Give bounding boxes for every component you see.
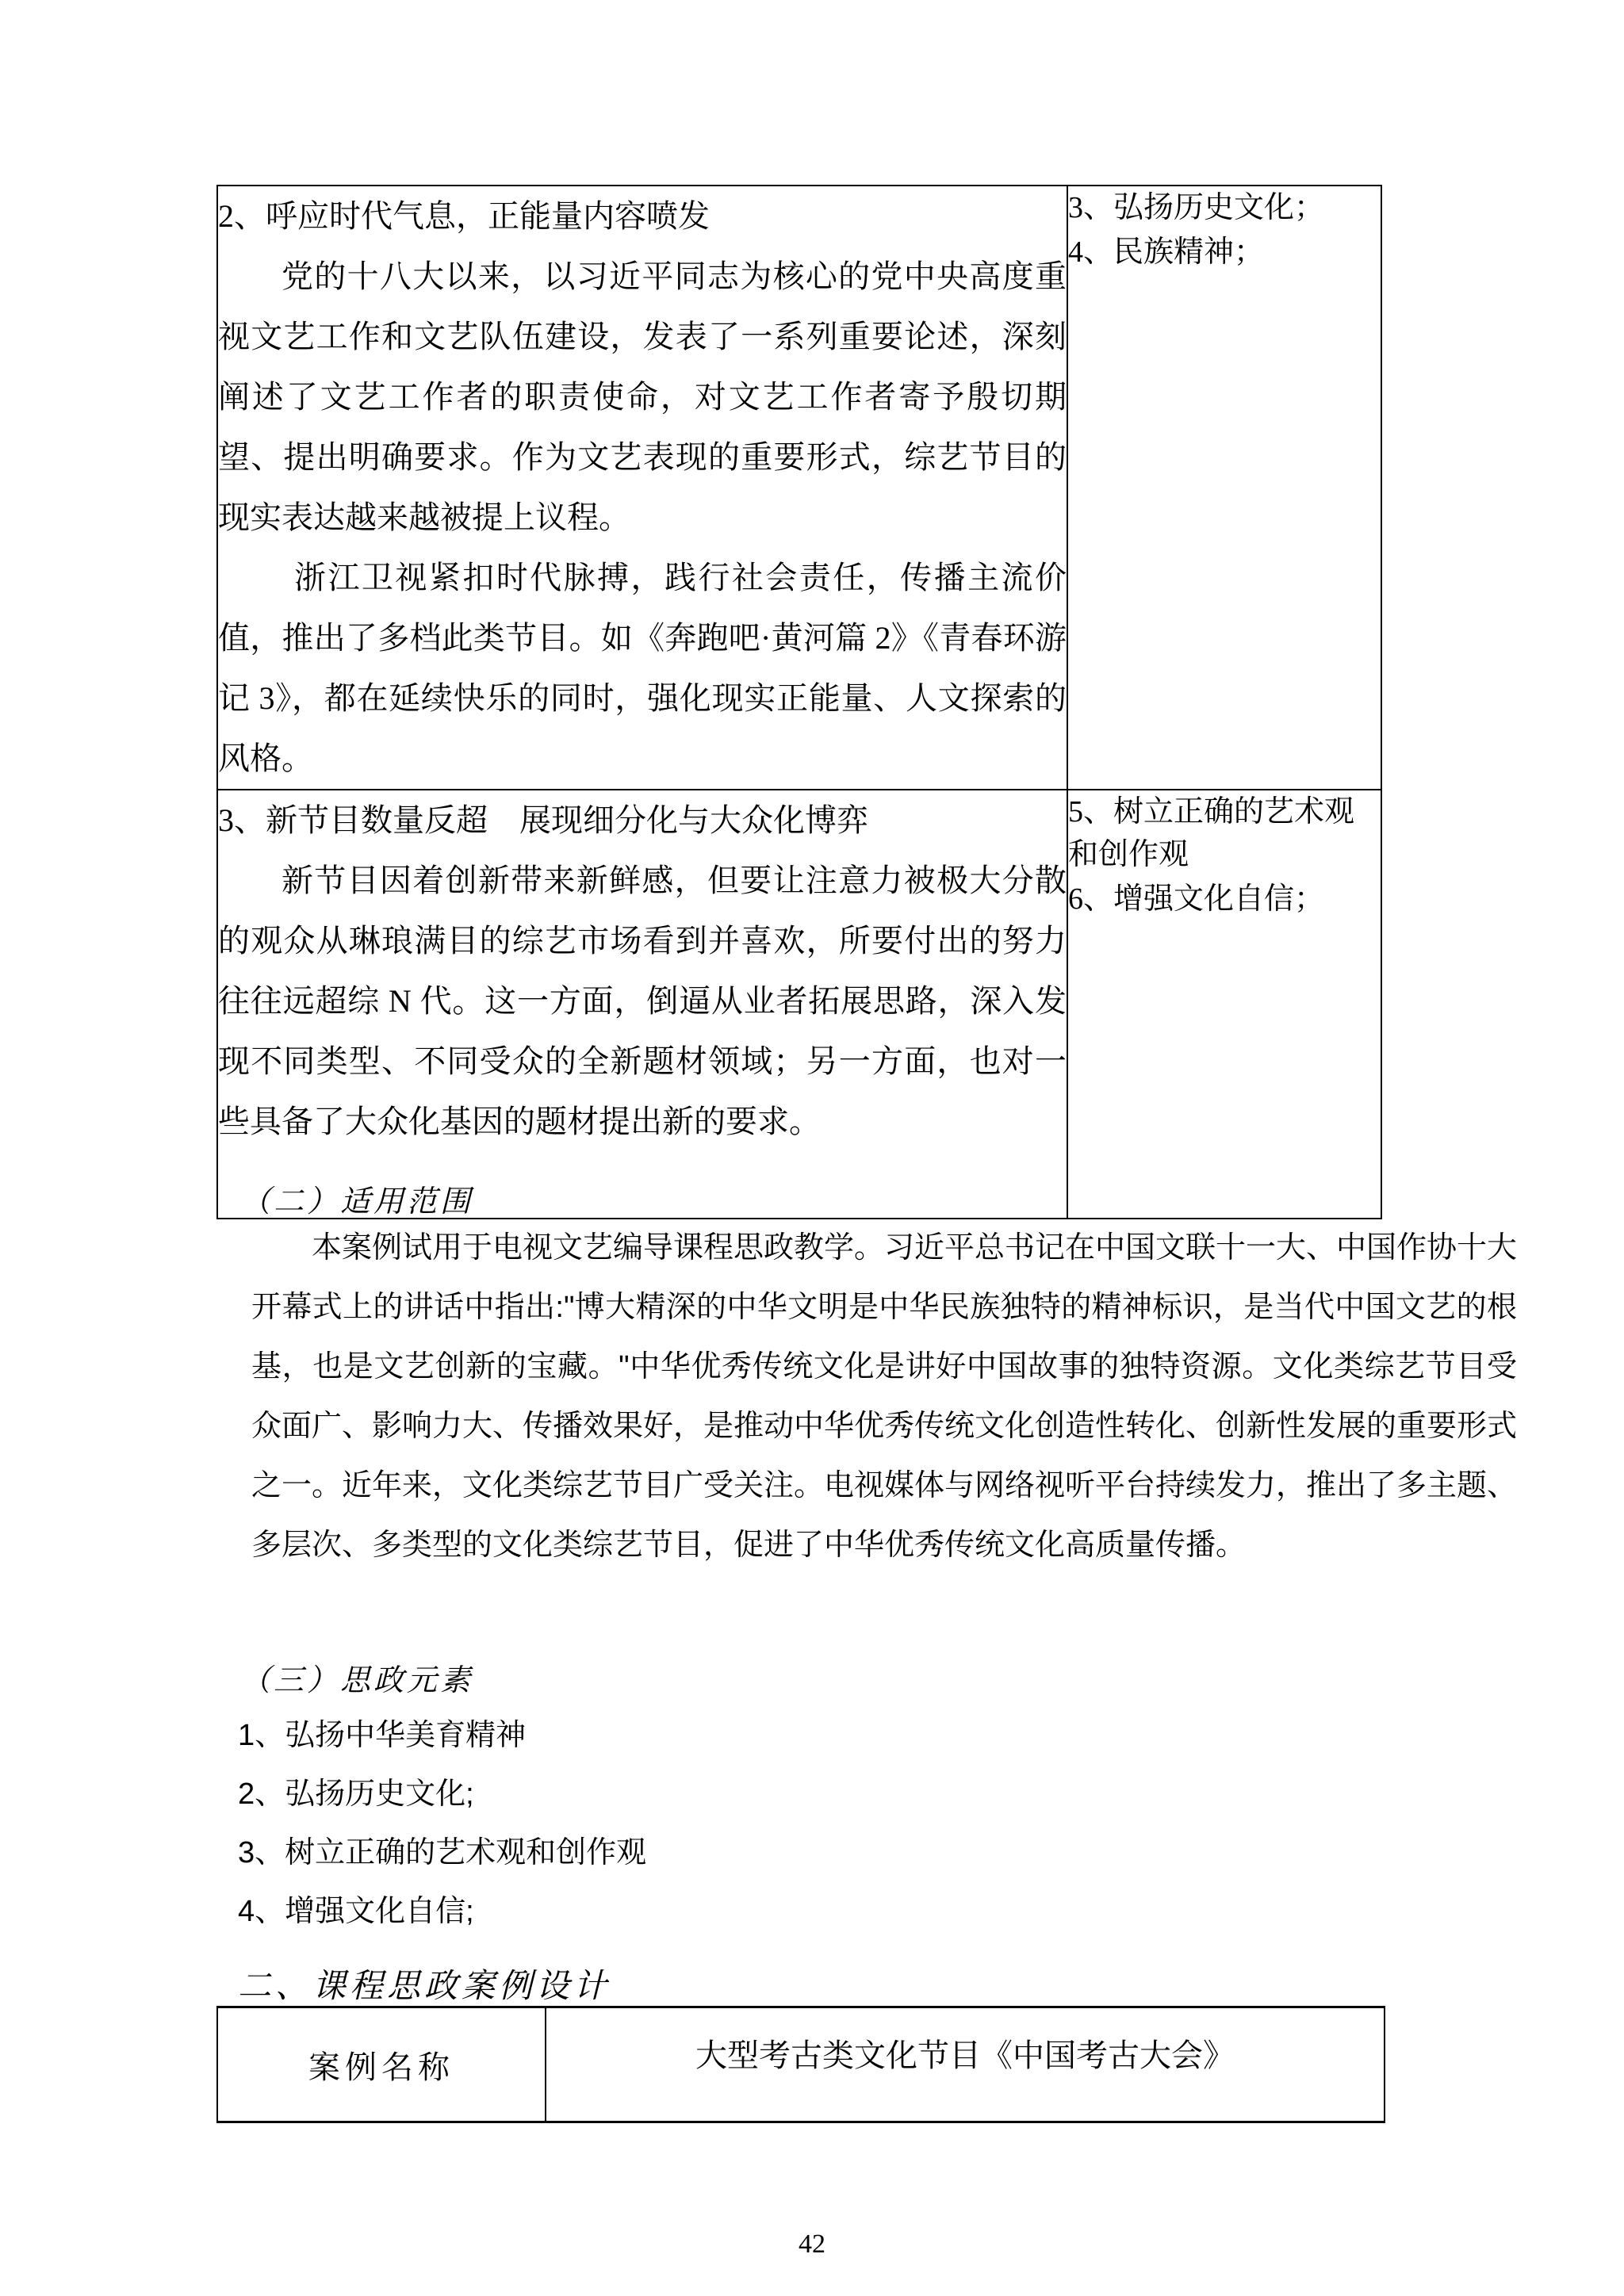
element-item-4: 4、民族精神；	[1068, 231, 1381, 274]
element-item-3: 3、弘扬历史文化；	[1068, 186, 1381, 229]
trend-3-title: 3、新节目数量反超 展现细分化与大众化博弈	[218, 790, 1067, 851]
elements-list: 1、弘扬中华美育精神 2、弘扬历史文化; 3、树立正确的艺术观和创作观 4、增强…	[238, 1706, 1189, 1941]
list-item-3: 3、树立正确的艺术观和创作观	[238, 1823, 1189, 1882]
table-cell-trend-2-elements: 3、弘扬历史文化； 4、民族精神；	[1067, 186, 1381, 790]
table-row-trend-3: 3、新节目数量反超 展现细分化与大众化博弈 新节目因着创新带来新鲜感，但要让注意…	[217, 790, 1381, 1219]
list-item-2: 2、弘扬历史文化;	[238, 1765, 1189, 1823]
trend-2-title: 2、呼应时代气息，正能量内容喷发	[218, 186, 1067, 247]
element-item-6: 6、增强文化自信；	[1068, 878, 1381, 920]
list-item-4: 4、增强文化自信;	[238, 1882, 1189, 1941]
trend-2-paragraph-2: 浙江卫视紧扣时代脉搏，践行社会责任，传播主流价值，推出了多档此类节目。如《奔跑吧…	[218, 548, 1067, 789]
table-cell-trend-3-elements: 5、树立正确的艺术观和创作观 6、增强文化自信；	[1067, 790, 1381, 1219]
document-page: 2、呼应时代气息，正能量内容喷发 党的十八大以来，以习近平同志为核心的党中央高度…	[0, 0, 1624, 2296]
trend-2-paragraph-1: 党的十八大以来，以习近平同志为核心的党中央高度重视文艺工作和文艺队伍建设，发表了…	[218, 247, 1067, 548]
table-cell-trend-3-text: 3、新节目数量反超 展现细分化与大众化博弈 新节目因着创新带来新鲜感，但要让注意…	[217, 790, 1067, 1219]
section-heading-case-design: 二、课程思政案例设计	[238, 1968, 611, 2006]
scope-paragraph: 本案例试用于电视文艺编导课程思政教学。习近平总书记在中国文联十一大、中国作协十大…	[251, 1219, 1517, 1575]
page-number: 42	[0, 2229, 1624, 2260]
section-heading-elements: （三）思政元素	[240, 1662, 473, 1700]
list-item-1: 1、弘扬中华美育精神	[238, 1706, 1189, 1765]
table-row-trend-2: 2、呼应时代气息，正能量内容喷发 党的十八大以来，以习近平同志为核心的党中央高度…	[217, 186, 1381, 790]
section-heading-scope: （二）适用范围	[240, 1183, 473, 1221]
case-name-value: 大型考古类文化节目《中国考古大会》	[546, 2007, 1385, 2122]
case-name-row: 案例名称 大型考古类文化节目《中国考古大会》	[217, 2007, 1385, 2122]
case-name-table: 案例名称 大型考古类文化节目《中国考古大会》	[216, 2006, 1385, 2123]
content-analysis-table: 2、呼应时代气息，正能量内容喷发 党的十八大以来，以习近平同志为核心的党中央高度…	[216, 185, 1382, 1219]
table-cell-trend-2-text: 2、呼应时代气息，正能量内容喷发 党的十八大以来，以习近平同志为核心的党中央高度…	[217, 186, 1067, 790]
trend-3-paragraph-1: 新节目因着创新带来新鲜感，但要让注意力被极大分散的观众从琳琅满目的综艺市场看到并…	[218, 851, 1067, 1152]
case-name-label: 案例名称	[217, 2007, 546, 2122]
element-item-5: 5、树立正确的艺术观和创作观	[1068, 790, 1381, 876]
